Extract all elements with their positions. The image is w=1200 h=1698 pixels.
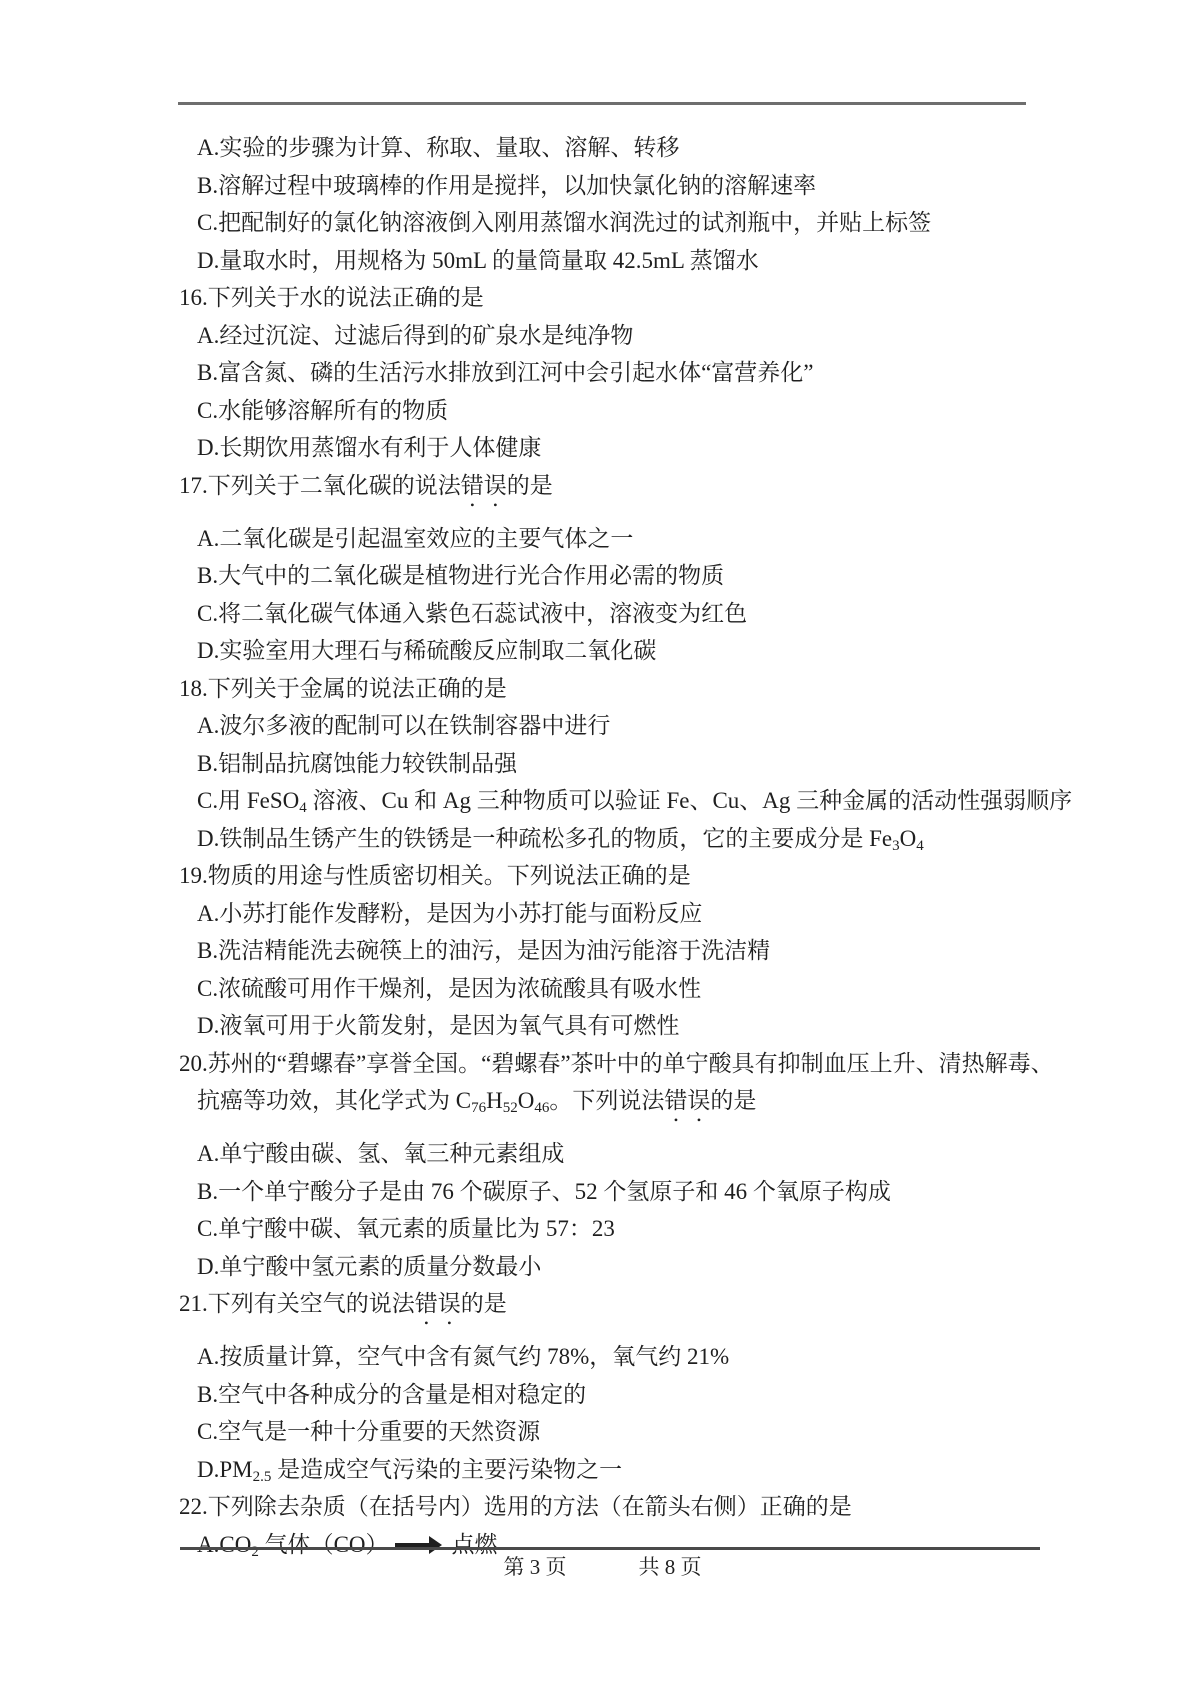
q20-option-a: A.单宁酸由碳、氢、氧三种元素组成 <box>0 1135 1200 1173</box>
questions-area: A.实验的步骤为计算、称取、量取、溶解、转移 B.溶解过程中玻璃棒的作用是搅拌，… <box>0 129 1200 1563</box>
q17-option-d: D.实验室用大理石与稀硫酸反应制取二氧化碳 <box>0 632 1200 670</box>
q19-header: 19.物质的用途与性质密切相关。下列说法正确的是 <box>0 857 1200 895</box>
q20-header-line2: 抗癌等功效，其化学式为 C76H52O46。下列说法错误的是 <box>0 1082 1200 1127</box>
q21-option-b: B.空气中各种成分的含量是相对稳定的 <box>0 1376 1200 1414</box>
exam-page: A.实验的步骤为计算、称取、量取、溶解、转移 B.溶解过程中玻璃棒的作用是搅拌，… <box>0 0 1200 1698</box>
q21-option-d: D.PM2.5 是造成空气污染的主要污染物之一 <box>0 1451 1200 1489</box>
q20-header-line1: 20.苏州的“碧螺春”享誉全国。“碧螺春”茶叶中的单宁酸具有抑制血压上升、清热解… <box>0 1045 1200 1083</box>
q22-option-a-substance: A.CO2 气体（CO） <box>197 1532 389 1557</box>
q16-option-a: A.经过沉淀、过滤后得到的矿泉水是纯净物 <box>0 317 1200 355</box>
q17-option-b: B.大气中的二氧化碳是植物进行光合作用必需的物质 <box>0 557 1200 595</box>
q21-header: 21.下列有关空气的说法错误的是 <box>0 1285 1200 1330</box>
q20-option-c: C.单宁酸中碳、氧元素的质量比为 57：23 <box>0 1210 1200 1248</box>
q18-option-d: D.铁制品生锈产生的铁锈是一种疏松多孔的物质，它的主要成分是 Fe3O4 <box>0 820 1200 858</box>
q21-option-a: A.按质量计算，空气中含有氮气约 78%，氧气约 21% <box>0 1338 1200 1376</box>
q21-option-c: C.空气是一种十分重要的天然资源 <box>0 1413 1200 1451</box>
bottom-rule <box>180 1547 1040 1550</box>
q19-option-d: D.液氧可用于火箭发射，是因为氧气具有可燃性 <box>0 1007 1200 1045</box>
q19-option-c: C.浓硫酸可用作干燥剂，是因为浓硫酸具有吸水性 <box>0 970 1200 1008</box>
q18-option-c: C.用 FeSO4 溶液、Cu 和 Ag 三种物质可以验证 Fe、Cu、Ag 三… <box>0 782 1200 820</box>
q15-option-a: A.实验的步骤为计算、称取、量取、溶解、转移 <box>0 129 1200 167</box>
q16-option-b: B.富含氮、磷的生活污水排放到江河中会引起水体“富营养化” <box>0 354 1200 392</box>
q22-header: 22.下列除去杂质（在括号内）选用的方法（在箭头右侧）正确的是 <box>0 1488 1200 1526</box>
page-footer: 第 3 页 共 8 页 <box>179 1554 1026 1580</box>
q18-header: 18.下列关于金属的说法正确的是 <box>0 670 1200 708</box>
footer-total-pages: 共 8 页 <box>639 1554 702 1580</box>
footer-page-number: 第 3 页 <box>504 1554 567 1580</box>
q18-option-a: A.波尔多液的配制可以在铁制容器中进行 <box>0 707 1200 745</box>
q19-option-b: B.洗洁精能洗去碗筷上的油污，是因为油污能溶于洗洁精 <box>0 932 1200 970</box>
q15-option-b: B.溶解过程中玻璃棒的作用是搅拌，以加快氯化钠的溶解速率 <box>0 167 1200 205</box>
q15-option-d: D.量取水时，用规格为 50mL 的量筒量取 42.5mL 蒸馏水 <box>0 242 1200 280</box>
q16-option-d: D.长期饮用蒸馏水有利于人体健康 <box>0 429 1200 467</box>
arrow-right-icon <box>395 1536 442 1554</box>
q16-option-c: C.水能够溶解所有的物质 <box>0 392 1200 430</box>
q15-option-c: C.把配制好的氯化钠溶液倒入刚用蒸馏水润洗过的试剂瓶中，并贴上标签 <box>0 204 1200 242</box>
q20-option-d: D.单宁酸中氢元素的质量分数最小 <box>0 1248 1200 1286</box>
q16-header: 16.下列关于水的说法正确的是 <box>0 279 1200 317</box>
q22-option-a-method: 点燃 <box>452 1532 498 1557</box>
q17-header: 17.下列关于二氧化碳的说法错误的是 <box>0 467 1200 512</box>
q17-option-a: A.二氧化碳是引起温室效应的主要气体之一 <box>0 520 1200 558</box>
q17-option-c: C.将二氧化碳气体通入紫色石蕊试液中，溶液变为红色 <box>0 595 1200 633</box>
q20-option-b: B.一个单宁酸分子是由 76 个碳原子、52 个氢原子和 46 个氧原子构成 <box>0 1173 1200 1211</box>
top-rule <box>178 102 1026 105</box>
q19-option-a: A.小苏打能作发酵粉，是因为小苏打能与面粉反应 <box>0 895 1200 933</box>
q18-option-b: B.铝制品抗腐蚀能力较铁制品强 <box>0 745 1200 783</box>
